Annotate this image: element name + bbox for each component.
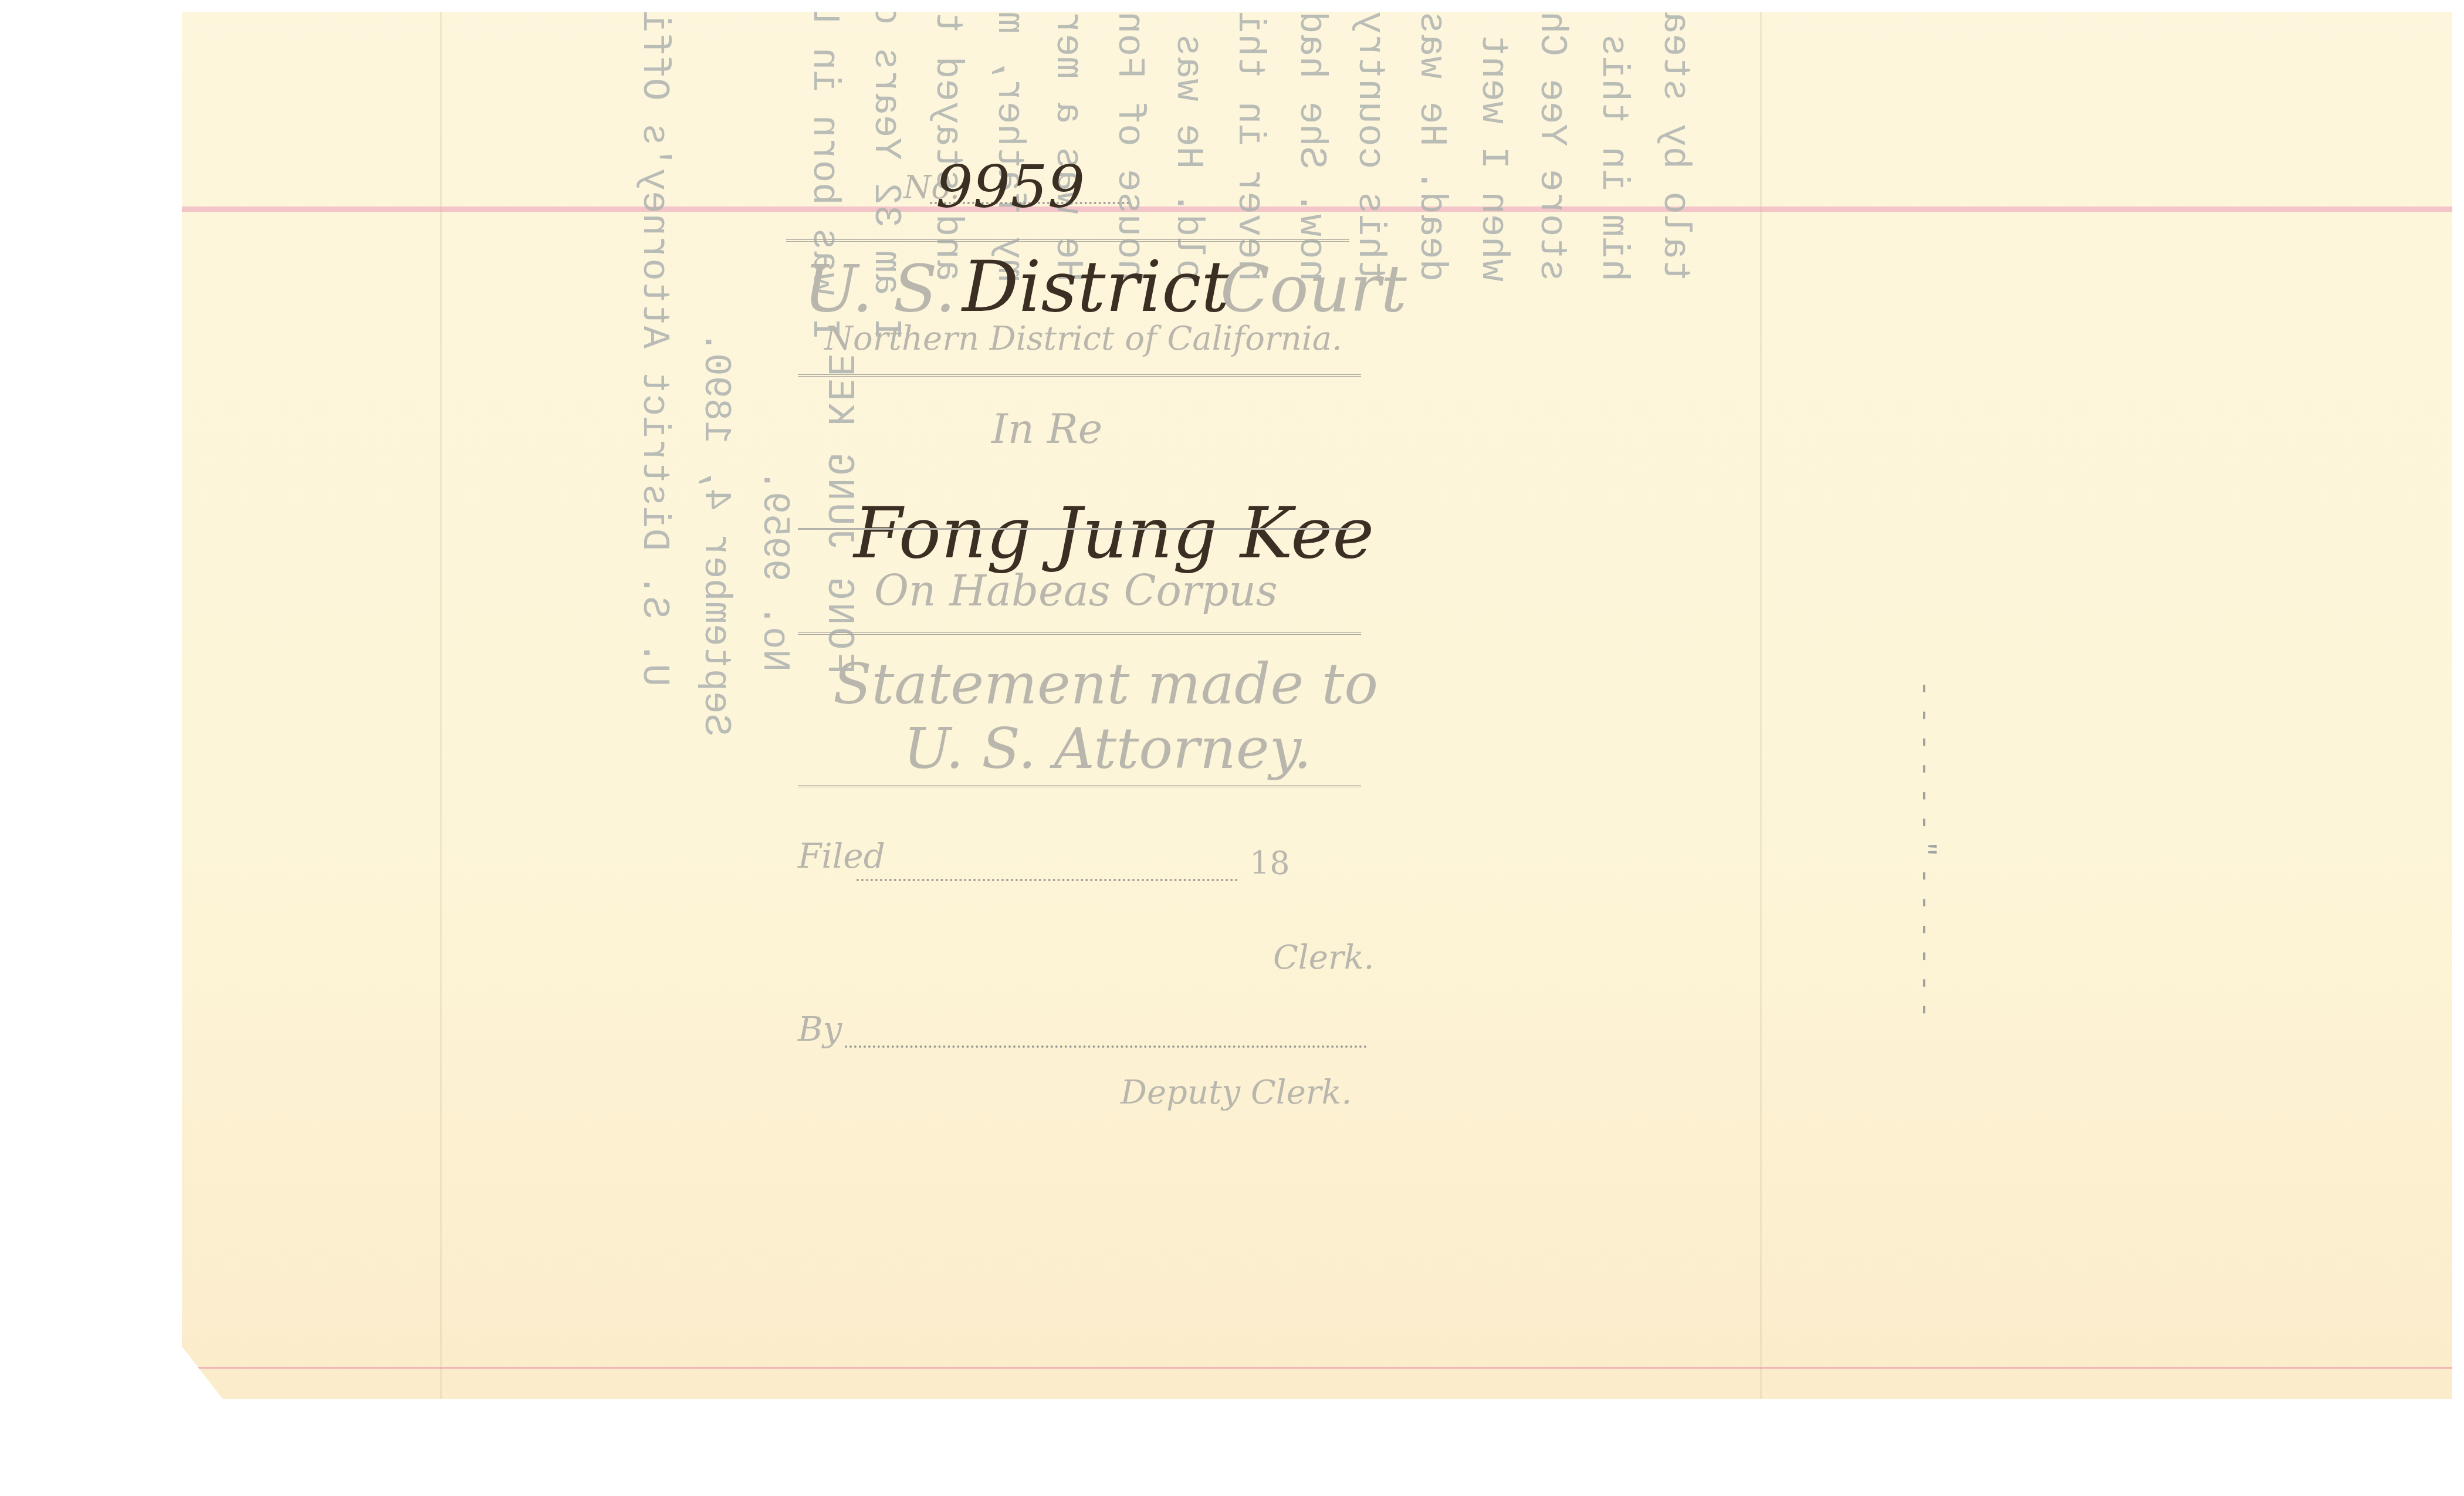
statement-line-2: U. S. Attorney. bbox=[903, 716, 1312, 781]
document-page: No. 9959. FONG JUNG KEE September 4, 189… bbox=[182, 12, 2452, 1399]
fold-crease bbox=[440, 12, 442, 1399]
filed-year-prefix: 18 bbox=[1250, 845, 1290, 882]
statement-line-1: Statement made to bbox=[833, 651, 1378, 717]
bleed-line: store Yee Chung, 639 Jackson Street, got… bbox=[1530, 0, 1572, 282]
fold-crease bbox=[1760, 12, 1762, 1399]
bleed-separator: ------"------ bbox=[1908, 681, 1939, 1028]
bleed-header-office: U. S. District Attorney's Office. bbox=[632, 0, 675, 686]
bleed-line: talo by steam car. bbox=[1653, 0, 1695, 282]
proceeding-label: On Habeas Corpus bbox=[874, 566, 1278, 615]
court-suffix: Court bbox=[1220, 251, 1407, 326]
bleed-header-date: September 4, 1890. bbox=[694, 331, 736, 736]
form-rule bbox=[786, 239, 1349, 242]
court-type-handwritten: District bbox=[962, 246, 1230, 328]
bleed-line: him in this city before I went to China.… bbox=[1592, 0, 1634, 282]
filed-label: Filed bbox=[798, 836, 885, 876]
by-label: By bbox=[798, 1009, 842, 1049]
clerk-label: Clerk. bbox=[1273, 939, 1374, 977]
filing-form: No. 9959 U. S. District Court Northern D… bbox=[786, 12, 1379, 1399]
in-re-label: In Re bbox=[991, 405, 1102, 453]
deputy-signature-line bbox=[845, 1045, 1367, 1048]
party-name-line bbox=[798, 528, 1361, 530]
district-label: Northern District of California. bbox=[824, 320, 1342, 358]
form-rule bbox=[798, 785, 1361, 787]
party-name-handwritten: Fong Jung Kee bbox=[854, 493, 1374, 574]
form-rule bbox=[798, 632, 1361, 635]
deputy-clerk-label: Deputy Clerk. bbox=[1121, 1074, 1352, 1112]
form-rule bbox=[798, 374, 1361, 377]
filed-date-line bbox=[857, 879, 1238, 881]
case-number-handwritten: 9959 bbox=[936, 153, 1085, 221]
court-prefix: U. S. bbox=[804, 251, 956, 326]
bleed-line: when I went to China. My distant cousin,… bbox=[1471, 0, 1514, 282]
bleed-line: dead. He was never in this country. I wa… bbox=[1410, 0, 1452, 282]
